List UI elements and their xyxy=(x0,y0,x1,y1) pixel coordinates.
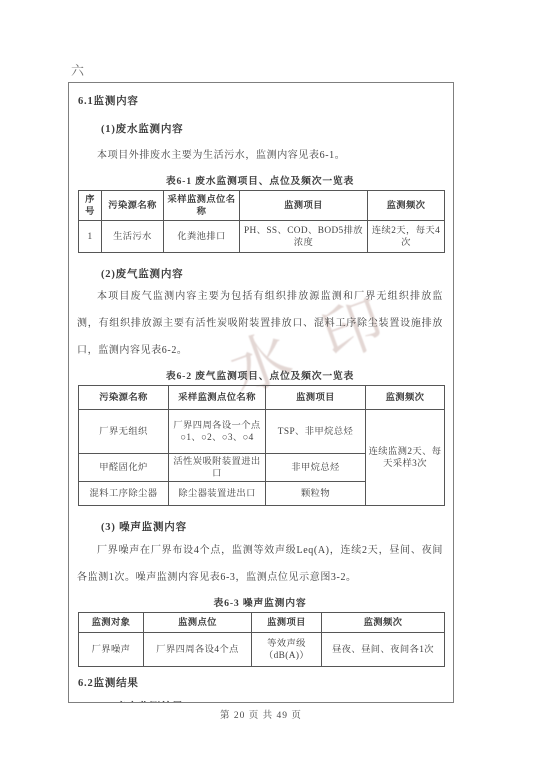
section-6-1-title: 6.1监测内容 xyxy=(78,93,443,108)
table-6-2-data-row: 厂界无组织 厂界四周各设一个点○1、○2、○3、○4 TSP、非甲烷总烃 连续监… xyxy=(79,410,445,454)
table-header-cell: 污染源名称 xyxy=(102,191,164,221)
table-6-3: 监测对象 监测点位 监测项目 监测频次 厂界噪声 厂界四周各设4个点 等效声级（… xyxy=(78,612,445,667)
table-header-cell: 监测项目 xyxy=(266,386,366,410)
table-header-cell: 监测频次 xyxy=(368,191,445,221)
table-6-1: 序号 污染源名称 采样监测点位名称 监测项目 监测频次 1 生活污水 化粪池排口… xyxy=(78,190,445,253)
table-cell: 活性炭吸附装置进出口 xyxy=(169,454,266,482)
table-cell: 厂界噪声 xyxy=(79,633,144,667)
table-header-cell: 采样监测点位名称 xyxy=(164,191,240,221)
table-cell: 颗粒物 xyxy=(266,482,366,506)
table-cell: 除尘器装置进出口 xyxy=(169,482,266,506)
table-6-1-data-row: 1 生活污水 化粪池排口 PH、SS、COD、BOD5排放浓度 连续2天，每天4… xyxy=(79,221,445,253)
table-header-cell: 监测频次 xyxy=(322,613,445,633)
result-heading: (1)废水监测结果 xyxy=(101,699,443,703)
table-cell: 甲醛固化炉 xyxy=(79,454,169,482)
table-cell: PH、SS、COD、BOD5排放浓度 xyxy=(240,221,368,253)
table-cell: TSP、非甲烷总烃 xyxy=(266,410,366,454)
table-header-cell: 监测项目 xyxy=(252,613,322,633)
table-cell: 混料工序除尘器 xyxy=(79,482,169,506)
table-cell-frequency-merged: 连续监测2天、每天采样3次 xyxy=(366,410,445,506)
section-6-2-title: 6.2监测结果 xyxy=(78,675,443,690)
table-6-1-caption: 表6-1 废水监测项目、点位及频次一览表 xyxy=(77,173,443,187)
table-cell: 厂界四周各设一个点○1、○2、○3、○4 xyxy=(169,410,266,454)
wastewater-heading: (1)废水监测内容 xyxy=(101,121,443,136)
table-6-1-header-row: 序号 污染源名称 采样监测点位名称 监测项目 监测频次 xyxy=(79,191,445,221)
table-header-cell: 监测频次 xyxy=(366,386,445,410)
table-cell: 等效声级（dB(A)） xyxy=(252,633,322,667)
noise-paragraph: 厂界噪声在厂界布设4个点，监测等效声级Leq(A)，连续2天，昼间、夜间各监测1… xyxy=(77,537,443,591)
table-cell: 厂界四周各设4个点 xyxy=(144,633,252,667)
table-header-cell: 监测对象 xyxy=(79,613,144,633)
table-header-cell: 监测项目 xyxy=(240,191,368,221)
table-header-cell: 监测点位 xyxy=(144,613,252,633)
table-6-2: 污染源名称 采样监测点位名称 监测项目 监测频次 厂界无组织 厂界四周各设一个点… xyxy=(78,385,445,506)
table-cell: 1 xyxy=(79,221,102,253)
gas-heading: (2)废气监测内容 xyxy=(101,266,443,281)
table-6-3-caption: 表6-3 噪声监测内容 xyxy=(77,595,443,609)
table-6-2-header-row: 污染源名称 采样监测点位名称 监测项目 监测频次 xyxy=(79,386,445,410)
document-content-box: 6.1监测内容 (1)废水监测内容 本项目外排废水主要为生活污水，监测内容见表6… xyxy=(68,82,454,703)
table-header-cell: 污染源名称 xyxy=(79,386,169,410)
page-section-label: 六 xyxy=(71,60,85,79)
wastewater-paragraph: 本项目外排废水主要为生活污水，监测内容见表6-1。 xyxy=(77,142,443,169)
table-6-3-header-row: 监测对象 监测点位 监测项目 监测频次 xyxy=(79,613,445,633)
table-header-cell: 采样监测点位名称 xyxy=(169,386,266,410)
gas-paragraph: 本项目废气监测内容主要为包括有组织排放源监测和厂界无组织排放监测，有组织排放源主… xyxy=(77,283,443,364)
noise-heading: (3) 噪声监测内容 xyxy=(101,519,443,534)
table-cell: 厂界无组织 xyxy=(79,410,169,454)
table-cell: 化粪池排口 xyxy=(164,221,240,253)
table-6-2-caption: 表6-2 废气监测项目、点位及频次一览表 xyxy=(77,368,443,382)
page-footer: 第 20 页 共 49 页 xyxy=(68,707,454,721)
table-header-cell: 序号 xyxy=(79,191,102,221)
table-6-3-data-row: 厂界噪声 厂界四周各设4个点 等效声级（dB(A)） 昼夜、昼间、夜间各1次 xyxy=(79,633,445,667)
table-cell: 昼夜、昼间、夜间各1次 xyxy=(322,633,445,667)
table-cell: 连续2天，每天4次 xyxy=(368,221,445,253)
table-cell: 非甲烷总烃 xyxy=(266,454,366,482)
table-cell: 生活污水 xyxy=(102,221,164,253)
